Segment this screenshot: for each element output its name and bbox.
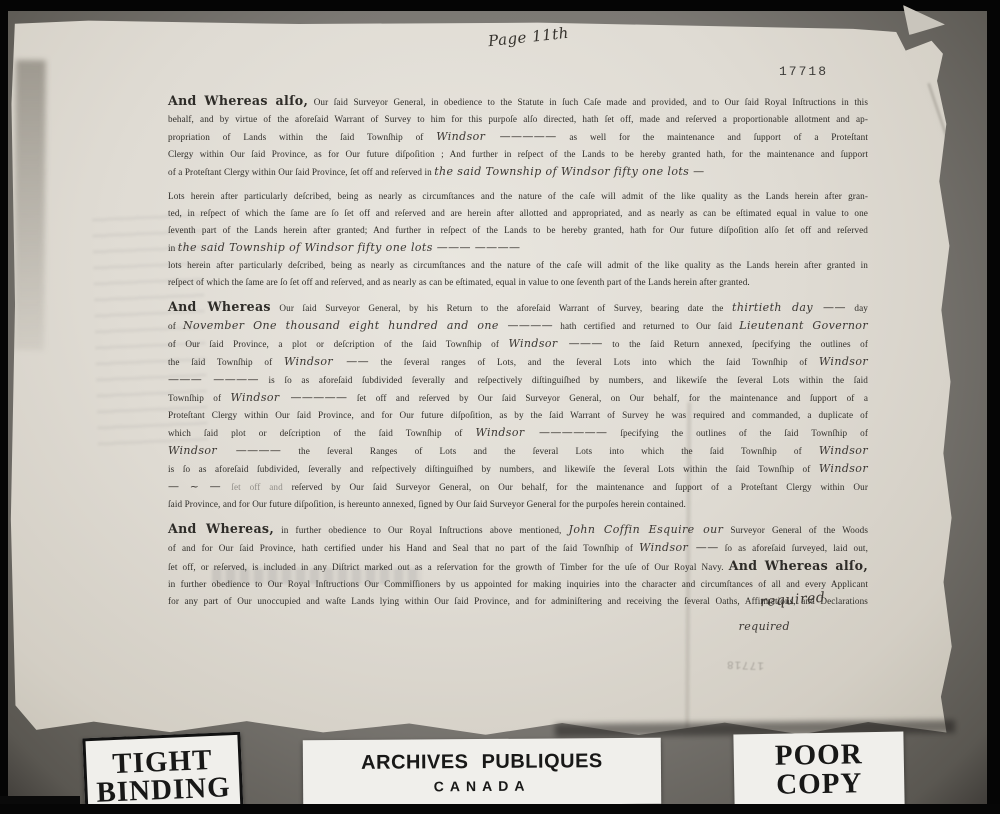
card-tight-binding-line2: BINDING — [96, 773, 231, 807]
printed-text: propriation of Lands within the ſaid Tow… — [168, 132, 436, 142]
card-archives-line2: CANADA — [434, 777, 531, 794]
document-line: propriation of Lands within the ſaid Tow… — [168, 128, 868, 146]
document-line: ſet off, or reſerved, is included in any… — [168, 557, 868, 576]
document-line: behalf, and by virtue of the aforeſaid W… — [168, 111, 868, 128]
handwritten-text: Windsor ——— — [509, 337, 603, 350]
handwritten-text: required — [739, 620, 790, 633]
document-lines: And Whereas alſo, Our ſaid Surveyor Gene… — [168, 92, 868, 636]
document-line: in the said Township of Windsor fifty on… — [168, 239, 868, 257]
document-line: And Whereas alſo, Our ſaid Surveyor Gene… — [168, 92, 868, 111]
handwritten-text: Lieutenant Governor — [739, 319, 868, 332]
printed-text: Our ſaid Surveyor General, in obedience … — [308, 97, 868, 107]
handwritten-text: Windsor — [819, 462, 868, 475]
document-line: is ſo as aforeſaid ſubdivided, ſeverally… — [168, 460, 868, 478]
printed-text: the ſeveral ranges of Lots, and the ſeve… — [369, 357, 819, 367]
printed-text: of and for Our ſaid Province, hath certi… — [168, 543, 639, 553]
printed-text: in — [168, 243, 178, 253]
document-line: of and for Our ſaid Province, hath certi… — [168, 539, 868, 557]
printed-text: day — [846, 303, 868, 313]
printed-text: Proteſtant Clergy within Our ſaid Provin… — [168, 410, 868, 420]
document-line: ——— ———— is ſo as aforeſaid ſubdivided ſ… — [168, 371, 868, 389]
printed-text: behalf, and by virtue of the aforeſaid W… — [168, 114, 868, 124]
handwritten-text: Windsor ————— — [231, 391, 348, 404]
printed-text: in further obedience to Our Royal Inſtru… — [168, 579, 868, 589]
blackletter-text: And Whereas — [168, 299, 271, 314]
photo-frame-edge — [0, 804, 1000, 814]
handwritten-text: Windsor ———— — [168, 444, 281, 457]
document-line: Proteſtant Clergy within Our ſaid Provin… — [168, 407, 868, 424]
printed-text: the ſeveral Ranges of Lots and the ſever… — [281, 446, 819, 456]
printed-text: Townſhip of — [168, 393, 231, 403]
handwritten-text: — ~ — — [168, 480, 231, 493]
printed-text: of — [168, 321, 183, 331]
printed-text: ſet off, or reſerved, is included in any… — [168, 562, 729, 572]
document-line: in further obedience to Our Royal Inſtru… — [168, 576, 868, 593]
card-poor-copy: POOR COPY — [733, 732, 904, 808]
document-line: which ſaid plot or deſcription of the ſa… — [168, 424, 868, 442]
card-poor-copy-line2: COPY — [776, 769, 863, 799]
blackletter-text: And Whereas alſo, — [729, 558, 868, 573]
document-line: of a Proteſtant Clergy within Our ſaid P… — [168, 163, 868, 181]
handwritten-text: Windsor —— — [639, 541, 719, 554]
card-tight-binding: TIGHT BINDING — [82, 732, 243, 814]
printed-text: reſpect of which the ſame are ſo ſet off… — [168, 277, 750, 287]
printed-text: ſeventh part of the Lands herein after g… — [168, 225, 868, 235]
handwritten-text: John Coffin Esquire our — [569, 523, 724, 536]
printed-text: reſerved by Our ſaid Surveyor General, o… — [292, 482, 868, 492]
document-line: required — [168, 618, 868, 636]
printed-text: ſaid Province, and for Our future diſpoſ… — [168, 499, 686, 509]
document-line: Townſhip of Windsor ————— ſet off and re… — [168, 389, 868, 407]
printed-text: ted, in reſpect of which the ſame are ſo… — [168, 208, 868, 218]
document-line: Windsor ———— the ſeveral Ranges of Lots … — [168, 442, 868, 460]
card-archives-publiques: ARCHIVES PUBLIQUES CANADA — [303, 738, 661, 806]
document-line: ſeventh part of the Lands herein after g… — [168, 222, 868, 239]
handwritten-text: Windsor — [819, 355, 868, 368]
document-line: And Whereas Our ſaid Surveyor General, b… — [168, 298, 868, 317]
blackletter-text: And Whereas alſo, — [168, 93, 308, 108]
document-line: Lots herein after particularly deſcribed… — [168, 188, 868, 205]
paper-stain — [14, 60, 46, 350]
document-line: ſaid Province, and for Our future diſpoſ… — [168, 496, 868, 513]
handwritten-text: Windsor — [819, 444, 868, 457]
handwritten-text: ——— ———— — [168, 373, 259, 386]
printed-text: is ſo as aforeſaid ſubdivided, ſeverally… — [168, 464, 819, 474]
handwritten-text: Windsor ————— — [436, 130, 556, 143]
document-line: — ~ — ſet off and reſerved by Our ſaid S… — [168, 478, 868, 496]
printed-text: in further obedience to Our Royal Inſtru… — [274, 525, 569, 535]
document-line: lots herein after particularly deſcribed… — [168, 257, 868, 274]
blackletter-text: And Whereas, — [168, 521, 274, 536]
printed-text: ſpecifying the outlines of the ſaid Town… — [607, 428, 868, 438]
printed-text: which ſaid plot or deſcription of the ſa… — [168, 428, 475, 438]
bleed-through-number: 17718 — [726, 657, 764, 670]
document-line: of Our ſaid Province, a plot or deſcript… — [168, 335, 868, 353]
faded-printed-text: ſet off and — [231, 482, 291, 492]
card-archives-line1: ARCHIVES PUBLIQUES — [361, 750, 603, 775]
printed-text: lots herein after particularly deſcribed… — [168, 260, 868, 270]
handwritten-text: Windsor —— — [284, 355, 369, 368]
printed-text: Our ſaid Surveyor General, by his Return… — [271, 303, 732, 313]
file-number-stamp: 17718 — [779, 64, 828, 79]
handwritten-text: the said Township of Windsor fifty one l… — [178, 241, 521, 254]
handwritten-text: Windsor —————— — [475, 426, 607, 439]
handwritten-text: the said Township of Windsor fifty one l… — [434, 165, 704, 178]
printed-text: Lots herein after particularly deſcribed… — [168, 191, 868, 201]
printed-text: of a Proteſtant Clergy within Our ſaid P… — [168, 167, 434, 177]
handwritten-text: thirtieth day —— — [732, 301, 846, 314]
document-line: And Whereas, in further obedience to Our… — [168, 520, 868, 539]
card-poor-copy-line1: POOR — [775, 740, 863, 770]
printed-text: Clergy within Our ſaid Province, as for … — [168, 149, 868, 159]
document-line: the ſaid Townſhip of Windsor —— the ſeve… — [168, 353, 868, 371]
printed-text: ſet off and reſerved by Our ſaid Surveyo… — [347, 393, 868, 403]
document-line: of November One thousand eight hundred a… — [168, 317, 868, 335]
printed-text: ſo as aforeſaid ſurveyed, laid out, — [719, 543, 868, 553]
document-line: Clergy within Our ſaid Province, as for … — [168, 146, 868, 163]
printed-text: hath certified and returned to Our ſaid — [553, 321, 739, 331]
microfilm-photo: Page 11th 17718 17718 And Whereas alſo, … — [0, 0, 1000, 814]
printed-text: to the ſaid Return annexed, ſpecifying t… — [603, 339, 868, 349]
printed-text: the ſaid Townſhip of — [168, 357, 284, 367]
printed-text: of Our ſaid Province, a plot or deſcript… — [168, 339, 509, 349]
printed-text: as well for the maintenance and ſupport … — [557, 132, 868, 142]
handwritten-text: November One thousand eight hundred and … — [183, 319, 553, 332]
document-line: ted, in reſpect of which the ſame are ſo… — [168, 205, 868, 222]
printed-text: is ſo as aforeſaid ſubdivided ſeverally … — [259, 375, 868, 385]
document-line: reſpect of which the ſame are ſo ſet off… — [168, 274, 868, 291]
printed-text: Surveyor General of the Woods — [723, 525, 868, 535]
